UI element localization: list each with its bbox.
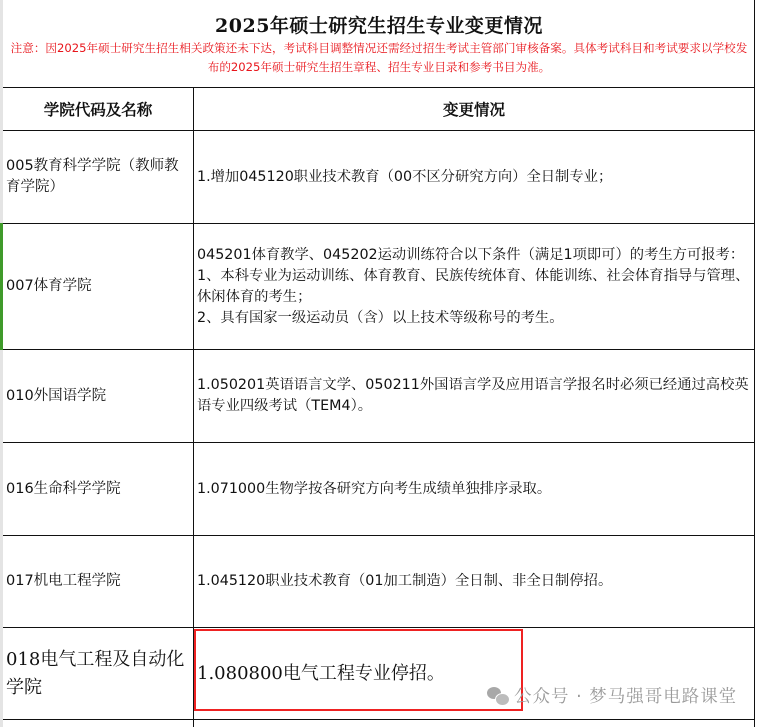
header-changes: 变更情况 xyxy=(195,88,753,130)
highlight-box xyxy=(194,629,523,711)
divider xyxy=(3,719,755,720)
header-college: 学院代码及名称 xyxy=(4,88,192,130)
watermark-text: 公众号 · 梦马强哥电路课堂 xyxy=(514,683,737,708)
notice-text: 注意：因2025年硕士研究生招生相关政策还未下达，考试科目调整情况还需经过招生考… xyxy=(9,39,749,77)
college-name: 005教育科学学院（教师教育学院） xyxy=(6,156,192,198)
table-row-college: 018电气工程及自动化学院 xyxy=(4,628,192,719)
table-row-college: 010外国语学院 xyxy=(4,350,192,442)
change-text: 1、本科专业为运动训练、体育教育、民族传统体育、体能训练、社会体育指导与管理、休… xyxy=(197,266,753,308)
change-text: 1.045120职业技术教育（01加工制造）全日制、非全日制停招。 xyxy=(197,571,612,592)
table-row-college: 007体育学院 xyxy=(4,224,192,349)
watermark: 公众号 · 梦马强哥电路课堂 xyxy=(487,683,737,708)
wechat-icon xyxy=(487,687,509,705)
change-text: 1.增加045120职业技术教育（00不区分研究方向）全日制专业； xyxy=(197,167,612,188)
change-text: 045201体育教学、045202运动训练符合以下条件（满足1项即可）的考生方可… xyxy=(197,245,744,266)
college-name: 016生命科学学院 xyxy=(6,479,121,500)
college-name: 018电气工程及自动化学院 xyxy=(6,646,192,702)
header-college-label: 学院代码及名称 xyxy=(44,98,153,120)
table-row-changes: 1.045120职业技术教育（01加工制造）全日制、非全日制停招。 xyxy=(195,536,753,627)
table-row-changes: 1.增加045120职业技术教育（00不区分研究方向）全日制专业； xyxy=(195,131,753,223)
change-text: 1.050201英语语言文学、050211外国语言学及应用语言学报名时必须已经通… xyxy=(197,375,753,417)
table-row-college: 016生命科学学院 xyxy=(4,443,192,535)
table-row-changes: 1.050201英语语言文学、050211外国语言学及应用语言学报名时必须已经通… xyxy=(195,350,753,442)
header-changes-label: 变更情况 xyxy=(443,98,505,120)
table-row-changes: 045201体育教学、045202运动训练符合以下条件（满足1项即可）的考生方可… xyxy=(195,224,753,349)
document-title: 2025年硕士研究生招生专业变更情况 xyxy=(3,11,755,38)
change-text: 2、具有国家一级运动员（含）以上技术等级称号的考生。 xyxy=(197,308,564,329)
table-row-college: 005教育科学学院（教师教育学院） xyxy=(4,131,192,223)
title-block: 2025年硕士研究生招生专业变更情况 注意：因2025年硕士研究生招生相关政策还… xyxy=(3,0,755,87)
college-name: 007体育学院 xyxy=(6,276,92,297)
college-name: 010外国语学院 xyxy=(6,386,106,407)
table-row-college: 017机电工程学院 xyxy=(4,536,192,627)
change-text: 1.071000生物学按各研究方向考生成绩单独排序录取。 xyxy=(197,479,551,500)
college-name: 017机电工程学院 xyxy=(6,571,121,592)
table-row-changes: 1.071000生物学按各研究方向考生成绩单独排序录取。 xyxy=(195,443,753,535)
